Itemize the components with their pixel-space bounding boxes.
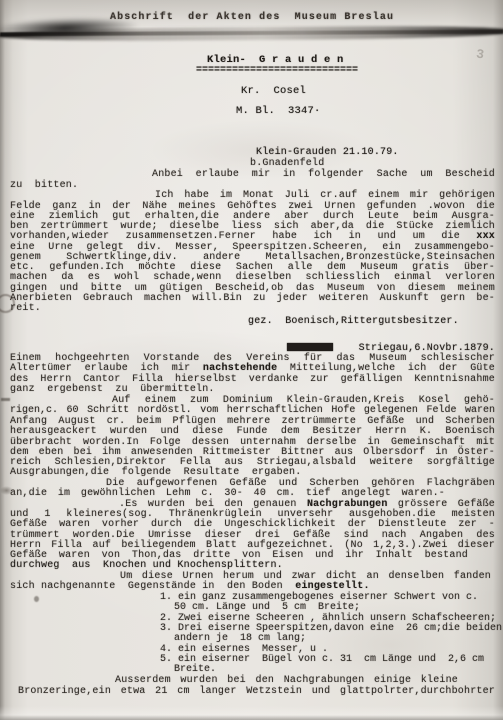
left-margin-dash-mark	[1, 398, 10, 401]
pencil-page-number: 3	[475, 49, 484, 61]
text-span: sich nachgenannte Gegenstände in den Bod…	[10, 581, 295, 592]
text-line: Anbei erlaube mir in folgender Sache um …	[152, 170, 495, 181]
horizontal-crease-line	[0, 30, 503, 37]
signature-line: gez. Boenisch,Rittergutsbesitzer.	[248, 317, 459, 328]
text-span: Mitteilung,welche ich der Güte	[277, 363, 495, 374]
district-line: Kr. Cosel	[241, 86, 306, 97]
text-line: Bronzeringe,ein etwa 21 cm langer Wetzst…	[18, 687, 495, 698]
horizontal-crease-shadow	[0, 25, 503, 42]
archive-title: Abschrift der Akten des Museum Breslau	[110, 13, 394, 24]
text-span: Altertümer erlaube ich mir	[10, 363, 203, 374]
title-underline: ===========================	[196, 66, 358, 77]
text-span: eingestellt.	[295, 581, 369, 592]
scanned-document-page: Abschrift der Akten des Museum BreslauKl…	[0, 0, 503, 720]
text-span: xxx	[476, 231, 495, 242]
left-margin-dot-mark	[34, 596, 39, 602]
text-line: reit.	[10, 304, 41, 315]
bottom-edge-shadow	[0, 715, 503, 720]
text-span: nachstehende	[203, 363, 277, 374]
struck-out-word	[287, 343, 333, 351]
file-number: M. Bl. 3347·	[236, 106, 321, 117]
text-line: zu bitten.	[10, 181, 78, 192]
text-line: Anerbieten Gebrauch machen will.Bin zu j…	[10, 294, 495, 305]
bottom-paper-wash	[0, 706, 503, 720]
text-span: vorhanden,wieder zusammensetzen.Ferner h…	[10, 231, 476, 242]
